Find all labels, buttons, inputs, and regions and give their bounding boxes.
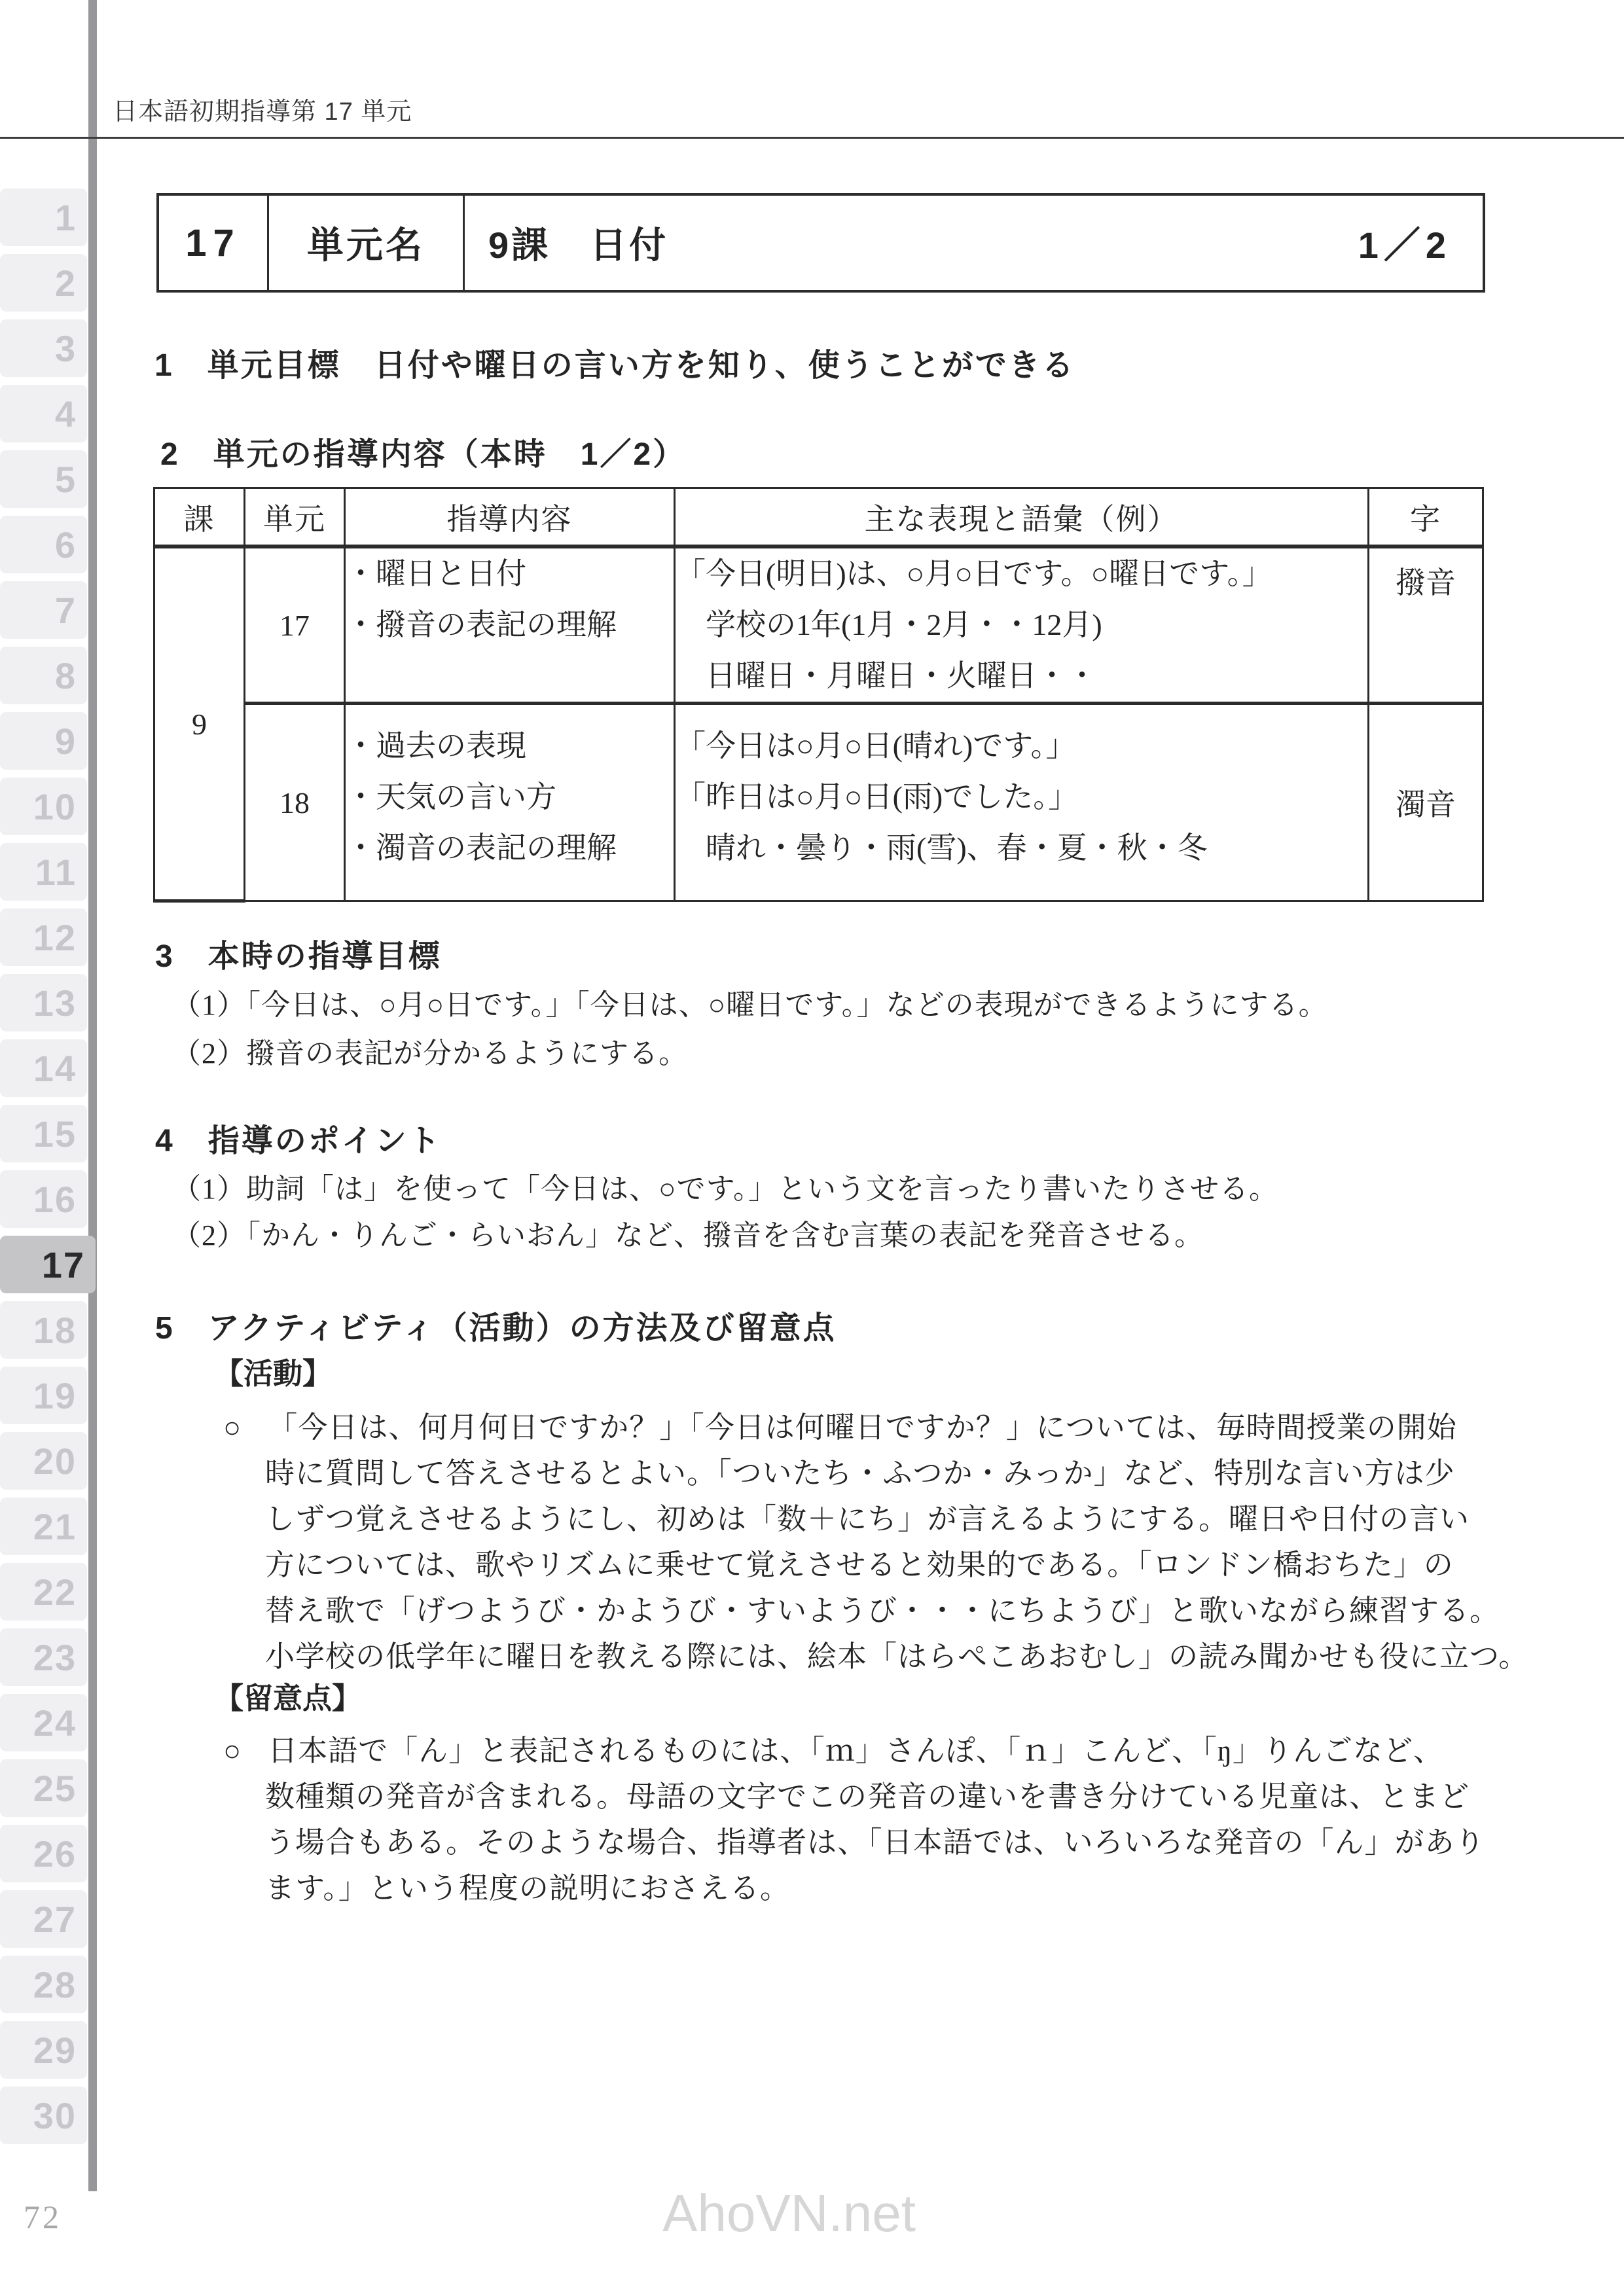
sidebar-tab-17: 17: [0, 1236, 96, 1293]
paragraph-line: う場合もある。そのような場合、指導者は、「日本語では、いろいろな発音の「ん」があ…: [265, 1820, 1493, 1865]
expression-line: 日曜日・月曜日・火曜日・・: [676, 651, 1367, 702]
sidebar-tab-9: 9: [0, 712, 87, 770]
activity-label: 【活動】: [214, 1356, 332, 1391]
col-header-unit: 単元: [245, 488, 345, 547]
sidebar-tab-12: 12: [0, 908, 87, 966]
sidebar-tab-29: 29: [0, 2021, 87, 2079]
paragraph-line: ○「今日は、何月何日ですか？」「今日は何曜日ですか？」については、毎時間授業の開…: [223, 1405, 1493, 1450]
unit-label-cell: 単元名: [269, 196, 465, 290]
expression-line: 晴れ・曇り・雨(雪)、春・夏・秋・冬: [676, 823, 1367, 874]
sidebar-tab-10: 10: [0, 778, 87, 835]
section-3-heading: 3 本時の指導目標: [155, 941, 442, 973]
notes-paragraph: ○日本語で「ん」と表記されるものには、「ｍ」さんぽ、「ｎ」こんど、「ŋ」りんごな…: [223, 1728, 1493, 1911]
character-cell: 濁音: [1369, 704, 1483, 901]
goal-item-1: （1）「今日は、○月○日です。」「今日は、○曜日です。」などの表現ができるように…: [172, 988, 1328, 1023]
sidebar-tab-7: 7: [0, 581, 87, 639]
sidebar-tab-30: 30: [0, 2087, 87, 2144]
content-line: ・天気の言い方: [346, 772, 674, 823]
col-header-expressions: 主な表現と語彙（例）: [675, 488, 1369, 547]
paragraph-line: しずつ覚えさせるようにし、初めは「数＋にち」が言えるようにする。曜日や日付の言い: [265, 1496, 1493, 1542]
sidebar-tab-1: 1: [0, 188, 87, 246]
content-line: ・濁音の表記の理解: [346, 823, 674, 874]
paragraph-line-text: 日本語で「ん」と表記されるものには、「ｍ」さんぽ、「ｎ」こんど、「ŋ」りんごなど…: [268, 1734, 1443, 1767]
sidebar-tab-26: 26: [0, 1825, 87, 1882]
contents-cell: ・曜日と日付 ・撥音の表記の理解: [345, 547, 675, 704]
page-indicator: 1／2: [1358, 217, 1451, 269]
unit-title-text: 9課 日付: [488, 217, 1358, 269]
section-1-heading: 1 単元目標 日付や曜日の言い方を知り、使うことができる: [154, 350, 1075, 382]
section-2-heading: 2 単元の指導内容（本時 1／2）: [160, 439, 686, 471]
sidebar-tab-4: 4: [0, 385, 87, 442]
unit-number-cell: 17: [159, 196, 269, 290]
paragraph-line: 時に質問して答えさせるとよい。「ついたち・ふつか・みっか」など、特別な言い方は少: [265, 1450, 1493, 1496]
unit-title-table: 17 単元名 9課 日付 1／2: [156, 193, 1485, 293]
sidebar-tab-24: 24: [0, 1694, 87, 1751]
activity-paragraph: ○「今日は、何月何日ですか？」「今日は何曜日ですか？」については、毎時間授業の開…: [223, 1405, 1493, 1679]
sidebar-tab-23: 23: [0, 1628, 87, 1686]
goal-item-2: （2）撥音の表記が分かるようにする。: [172, 1037, 688, 1071]
header-rule: [0, 137, 1624, 139]
sidebar-tab-19: 19: [0, 1367, 87, 1424]
unit-18-cell: 18: [245, 704, 345, 901]
sidebar-tab-27: 27: [0, 1890, 87, 1948]
circle-bullet: ○: [223, 1734, 242, 1767]
sidebar-tab-18: 18: [0, 1301, 87, 1359]
unit-17-cell: 17: [245, 547, 345, 704]
table-row: 18 ・過去の表現 ・天気の言い方 ・濁音の表記の理解 「今日は○月○日(晴れ)…: [154, 704, 1483, 901]
paragraph-line: ます。」という程度の説明におさえる。: [265, 1865, 1493, 1911]
table-header-row: 課 単元 指導内容 主な表現と語彙（例） 字: [154, 488, 1483, 547]
paragraph-line: 方については、歌やリズムに乗せて覚えさせると効果的である。「ロンドン橋おちた」の: [265, 1542, 1493, 1588]
sidebar-tab-21: 21: [0, 1498, 87, 1555]
circle-bullet: ○: [223, 1411, 242, 1444]
col-header-contents: 指導内容: [345, 488, 675, 547]
character-cell: 撥音: [1369, 547, 1483, 704]
sidebar-tab-20: 20: [0, 1432, 87, 1490]
table-row: 9 17 ・曜日と日付 ・撥音の表記の理解 「今日(明日)は、○月○日です。○曜…: [154, 547, 1483, 704]
running-header-title: 日本語初期指導第 17 単元: [113, 99, 412, 124]
sidebar-rail: [88, 0, 97, 2191]
watermark-text: AhoVN.net: [662, 2187, 916, 2240]
expression-line: 「昨日は○月○日(雨)でした。」: [676, 772, 1367, 823]
lesson-number-cell: 9: [154, 547, 245, 901]
sidebar-tab-22: 22: [0, 1563, 87, 1621]
sidebar-tab-13: 13: [0, 974, 87, 1031]
paragraph-line: 小学校の低学年に曜日を教える際には、絵本「はらぺこあおむし」の読み聞かせも役に立…: [265, 1634, 1493, 1679]
notes-label: 【留意点】: [214, 1681, 361, 1716]
sidebar-tab-28: 28: [0, 1956, 87, 2013]
sidebar-tab-16: 16: [0, 1170, 87, 1228]
paragraph-line-text: 「今日は、何月何日ですか？」「今日は何曜日ですか？」については、毎時間授業の開始: [268, 1411, 1457, 1444]
section-5-heading: 5 アクティビティ（活動）の方法及び留意点: [155, 1313, 837, 1344]
paragraph-line: 数種類の発音が含まれる。母語の文字でこの発音の違いを書き分けている児童は、とまど: [265, 1774, 1493, 1820]
content-table: 課 単元 指導内容 主な表現と語彙（例） 字 9 17 ・曜日と日付 ・撥音の表…: [153, 487, 1484, 903]
content-line: ・過去の表現: [346, 721, 674, 772]
point-item-1: （1）助詞「は」を使って「今日は、○です。」という文を言ったり書いたりさせる。: [172, 1172, 1278, 1207]
col-header-lesson: 課: [154, 488, 245, 547]
page-number: 72: [24, 2200, 62, 2233]
point-item-2: （2）「かん・りんご・らいおん」など、撥音を含む言葉の表記を発音させる。: [172, 1219, 1204, 1253]
paragraph-line: 替え歌で「げつようび・かようび・すいようび・・・にちようび」と歌いながら練習する…: [265, 1588, 1493, 1634]
expressions-cell: 「今日は○月○日(晴れ)です。」 「昨日は○月○日(雨)でした。」 晴れ・曇り・…: [675, 704, 1369, 901]
section-4-heading: 4 指導のポイント: [155, 1126, 442, 1157]
sidebar-tab-15: 15: [0, 1105, 87, 1162]
content-line: ・撥音の表記の理解: [346, 600, 674, 651]
sidebar-tab-6: 6: [0, 516, 87, 573]
contents-cell: ・過去の表現 ・天気の言い方 ・濁音の表記の理解: [345, 704, 675, 901]
sidebar-tab-3: 3: [0, 319, 87, 377]
content-line: ・曜日と日付: [346, 548, 674, 600]
unit-name-cell: 9課 日付 1／2: [465, 196, 1483, 290]
sidebar-tab-11: 11: [0, 843, 87, 901]
col-header-character: 字: [1369, 488, 1483, 547]
sidebar-tab-5: 5: [0, 450, 87, 508]
paragraph-line: ○日本語で「ん」と表記されるものには、「ｍ」さんぽ、「ｎ」こんど、「ŋ」りんごな…: [223, 1728, 1493, 1774]
sidebar-tab-14: 14: [0, 1039, 87, 1097]
expression-line: 学校の1年(1月・2月・・12月): [676, 600, 1367, 651]
expression-line: 「今日(明日)は、○月○日です。○曜日です。」: [676, 548, 1367, 600]
sidebar-tab-25: 25: [0, 1759, 87, 1817]
expressions-cell: 「今日(明日)は、○月○日です。○曜日です。」 学校の1年(1月・2月・・12月…: [675, 547, 1369, 704]
sidebar-tab-2: 2: [0, 254, 87, 312]
document-page: 1234567891011121314151617181920212223242…: [0, 0, 1624, 2296]
sidebar-tab-8: 8: [0, 647, 87, 704]
expression-line: 「今日は○月○日(晴れ)です。」: [676, 721, 1367, 772]
